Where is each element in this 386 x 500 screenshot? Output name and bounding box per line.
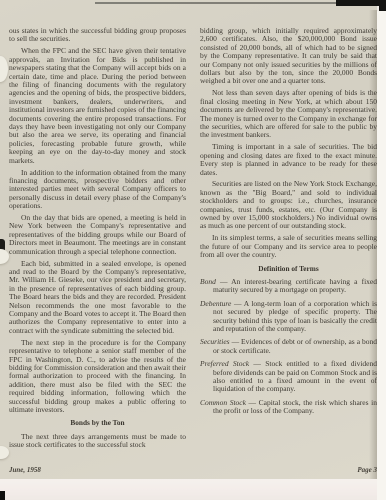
definition-item: Debenture — A long-term loan of a corpor… [200,300,377,334]
definition-text: — A long-term loan of a corporation whic… [213,299,377,333]
paragraph: ous states in which the successful biddi… [9,27,186,44]
paragraph: Not less than seven days after opening o… [200,89,377,139]
definition-item: Securities — Evidences of debt or of own… [200,338,377,355]
scan-artifact-bottom-left-mark [0,491,5,500]
definition-item: Common Stock — Capital stock, the risk w… [200,399,377,416]
paragraph: The next three days arrangements must be… [9,433,186,450]
paragraph: bidding group, which initially required … [200,27,377,86]
paragraph: Timing is important in a sale of securit… [200,143,377,177]
paragraph: On the day that bids are opened, a meeti… [9,214,186,256]
issue-date: June, 1958 [9,466,41,474]
paragraph: Securities are listed on the New York St… [200,180,377,230]
paragraph: When the FPC and the SEC have given thei… [9,47,186,165]
paragraph: Each bid, submitted in a sealed envelope… [9,260,186,336]
definition-text: — Evidences of debt or of ownership, as … [213,337,377,354]
left-column: ous states in which the successful biddi… [9,27,186,461]
page-number: Page 3 [200,466,377,474]
definition-item: Preferred Stock — Stock entitled to a fi… [200,360,377,394]
right-column: bidding group, which initially required … [200,27,377,461]
paragraph: In its simplest terms, a sale of securit… [200,234,377,259]
section-heading-definition-of-terms: Definition of Terms [200,265,377,273]
definition-text: — An interest-bearing certificate having… [213,277,377,294]
scanned-document-page: ous states in which the successful biddi… [0,0,386,500]
scan-artifact-right-white-strip [377,11,386,500]
definition-item: Bond — An interest-bearing certificate h… [200,278,377,295]
scan-artifact-bottom-white-strip [0,479,377,500]
paragraph: In addition to the information obtained … [9,169,186,211]
section-heading-bonds-by-the-ton: Bonds by the Ton [9,419,186,427]
paragraph: The next step in the procedure is for th… [9,339,186,415]
